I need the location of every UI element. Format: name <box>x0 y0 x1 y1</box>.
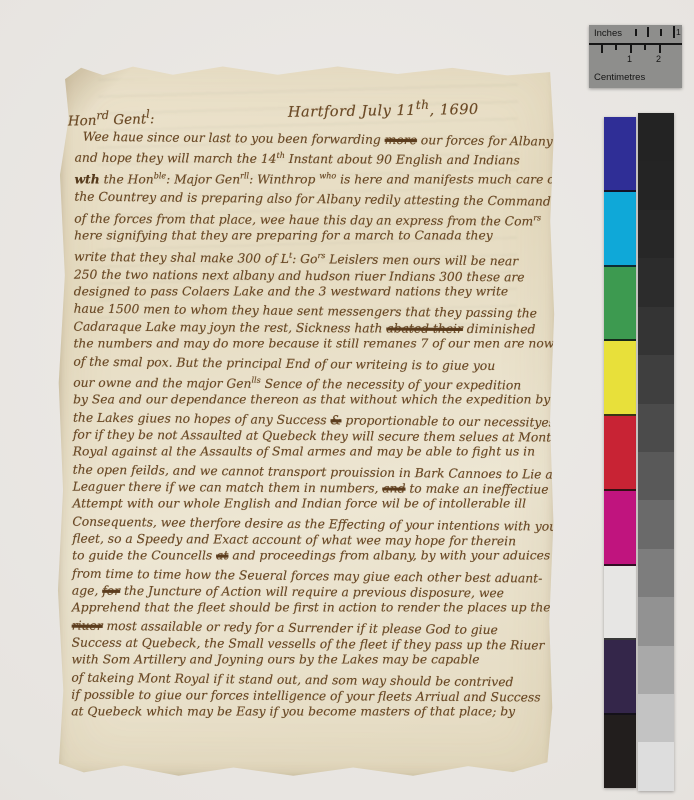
letter-dateline: Hartford July 11th, 1690 <box>288 97 479 121</box>
color-patch-blue <box>604 117 636 192</box>
inch-tick <box>635 29 637 36</box>
inch-tick <box>647 27 649 37</box>
letter-line: wth the Honble: Major Genrll: Winthrop w… <box>74 167 542 188</box>
manuscript-page: Hartford July 11th, 1690 Honrd Gentl: We… <box>54 60 557 779</box>
grayscale-step <box>638 694 674 742</box>
cm-tick <box>630 45 632 53</box>
letter-line: by Sea and our dependance thereon as tha… <box>73 392 541 409</box>
color-patch-cyan <box>604 192 636 267</box>
color-patch-red <box>604 416 636 491</box>
color-patch-green <box>604 267 636 342</box>
inch-tick <box>673 26 675 38</box>
ruler-divider-line <box>589 43 682 45</box>
ruler-cm-number: 2 <box>656 54 661 64</box>
letter-salutation: Honrd Gentl: <box>68 108 155 130</box>
letter-line: to guide the Councells at and proceeding… <box>72 548 540 565</box>
letter-lines: Wee haue since our last to you been forw… <box>71 129 543 725</box>
color-patch-column <box>604 117 636 788</box>
color-patch-magenta <box>604 491 636 566</box>
grayscale-step <box>638 742 674 790</box>
letter-line: here signifying that they are preparing … <box>74 228 542 245</box>
color-patch-white <box>604 566 636 641</box>
color-patch-black <box>604 715 636 788</box>
letter-line: designed to pass Colaers Lake and the 3 … <box>74 284 542 301</box>
grayscale-step <box>638 549 674 597</box>
letter-line: Attempt with our whole English and India… <box>72 496 540 513</box>
ruler-centimetres-label: Centimetres <box>594 72 645 83</box>
ruler-card: Inches 1 1 2 Centimetres <box>589 25 682 88</box>
color-calibration-bar <box>604 113 674 791</box>
letter-line: at Quebeck which may be Easy if you beco… <box>71 704 539 721</box>
photo-backdrop: Hartford July 11th, 1690 Honrd Gentl: We… <box>0 0 694 800</box>
grayscale-step <box>638 355 674 403</box>
grayscale-step <box>638 210 674 258</box>
inch-tick <box>660 29 662 36</box>
grayscale-step <box>638 161 674 209</box>
grayscale-step <box>638 113 674 161</box>
ruler-cm-number: 1 <box>627 54 632 64</box>
letter-line: the numbers and may do more because it s… <box>73 336 541 353</box>
grayscale-column <box>638 113 674 791</box>
cm-half-tick <box>615 45 617 50</box>
grayscale-step <box>638 307 674 355</box>
letter-line: with Som Artillery and Joyning ours by t… <box>72 652 540 669</box>
color-patch-dark-violet <box>604 640 636 715</box>
grayscale-step <box>638 597 674 645</box>
cm-tick <box>659 45 661 53</box>
letter-line: Royal against al the Assaults of Smal ar… <box>73 444 541 461</box>
ruler-inch-number: 1 <box>676 27 681 37</box>
grayscale-step <box>638 258 674 306</box>
letter-line: Apprehend that the fleet should be first… <box>72 600 540 617</box>
ruler-inches-label: Inches <box>594 28 622 39</box>
grayscale-step <box>638 646 674 694</box>
grayscale-step <box>638 452 674 500</box>
cm-half-tick <box>644 45 646 50</box>
cm-tick <box>601 45 603 53</box>
grayscale-step <box>638 404 674 452</box>
grayscale-step <box>638 500 674 548</box>
color-patch-yellow <box>604 341 636 416</box>
